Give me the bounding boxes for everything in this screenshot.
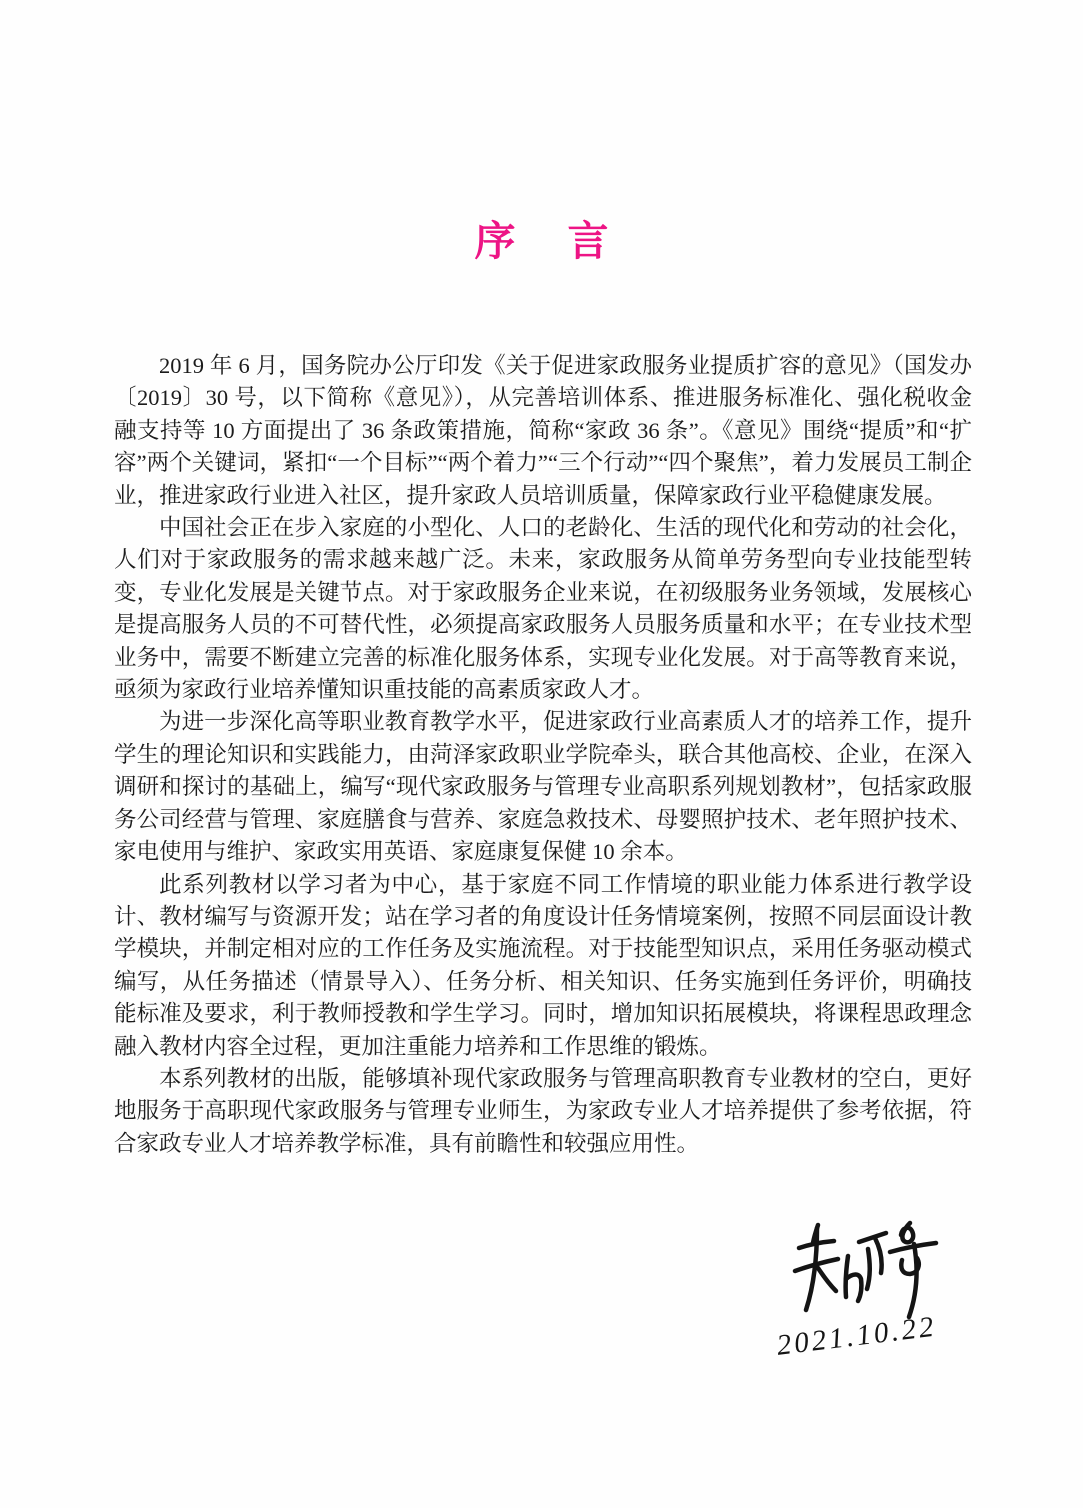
paragraph-5: 本系列教材的出版，能够填补现代家政服务与管理高职教育专业教材的空白，更好地服务于… (114, 1063, 972, 1160)
paragraph-4: 此系列教材以学习者为中心，基于家庭不同工作情境的职业能力体系进行教学设计、教材编… (114, 869, 972, 1063)
page-title: 序 言 (0, 221, 1083, 262)
preface-page: 序 言 2019 年 6 月，国务院办公厅印发《关于促进家政服务业提质扩容的意见… (0, 0, 1083, 1508)
title-char-2: 言 (568, 221, 609, 262)
paragraph-1: 2019 年 6 月，国务院办公厅印发《关于促进家政服务业提质扩容的意见》（国发… (114, 350, 972, 512)
signature-block: 2021.10.22 (775, 1218, 1005, 1388)
paragraph-3: 为进一步深化高等职业教育教学水平，促进家政行业高素质人才的培养工作，提升学生的理… (114, 706, 972, 868)
handwritten-signature-icon (789, 1218, 944, 1320)
paragraph-2: 中国社会正在步入家庭的小型化、人口的老龄化、生活的现代化和劳动的社会化，人们对于… (114, 512, 972, 706)
title-char-1: 序 (475, 221, 516, 262)
preface-body: 2019 年 6 月，国务院办公厅印发《关于促进家政服务业提质扩容的意见》（国发… (114, 350, 972, 1160)
